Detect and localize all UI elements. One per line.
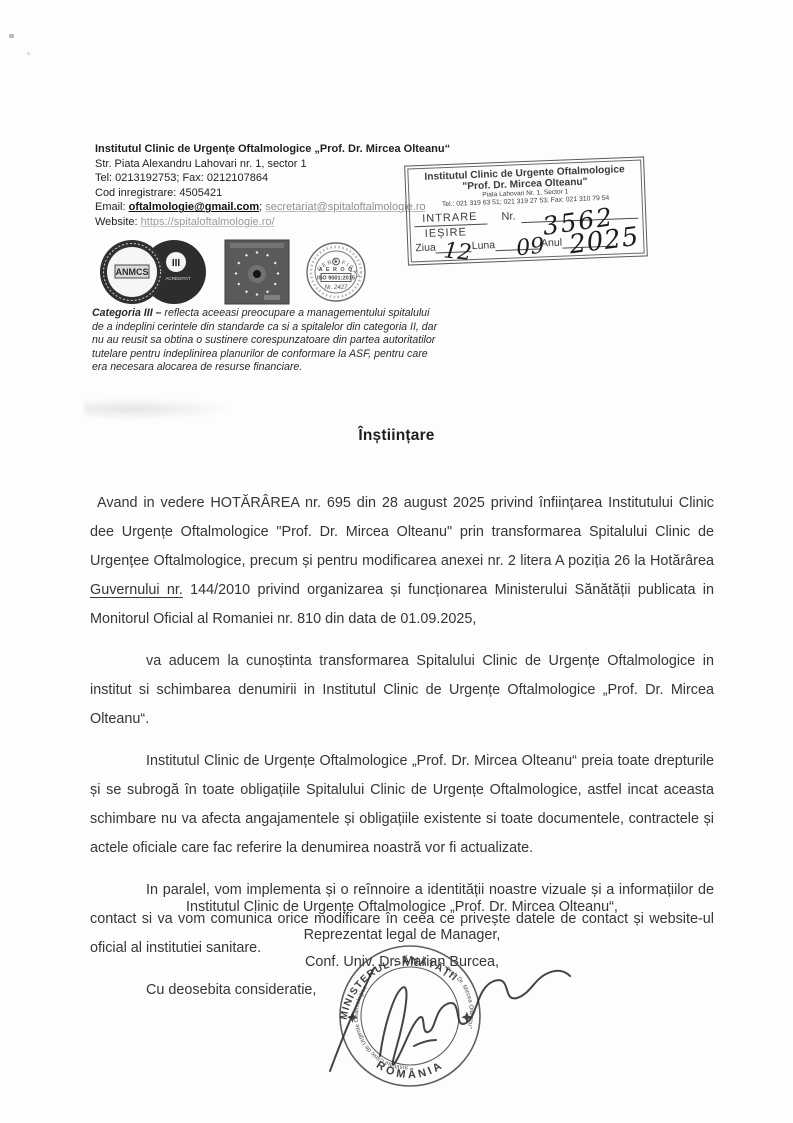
email-link-primary[interactable]: oftalmologie@gmail.com: [129, 201, 260, 213]
category-note-lead: Categoria III –: [92, 307, 161, 319]
email-label: Email:: [95, 201, 129, 213]
registry-stamp: Institutul Clinic de Urgente Oftalmologi…: [404, 156, 648, 265]
paragraph-rights-obligations: Institutul Clinic de Urgențe Oftalmologi…: [90, 747, 714, 863]
handwritten-signature-scrawl: [330, 968, 570, 1071]
ministry-round-stamp: MINISTERUL SĂNĂTĂȚII ROMÂNIA Institutul …: [318, 926, 598, 1101]
paragraph-legal-basis-text: Avand in vedere HOTĂRÂREA nr. 695 din 28…: [90, 495, 714, 569]
website-label: Website:: [95, 216, 141, 228]
scanned-letter-page: Institutul Clinic de Urgențe Oftalmologi…: [0, 0, 793, 1123]
aeroq-iso-seal: CERTIFICAT A E R O Q ISO 9001:2015 Nr. 2…: [304, 239, 368, 305]
anul-blank-line: [562, 246, 614, 249]
registry-stamp-outer-border: Institutul Clinic de Urgente Oftalmologi…: [404, 156, 648, 265]
letterhead-email-line: Email: oftalmologie@gmail.com; secretari…: [95, 200, 450, 215]
stamp-stars: [347, 1012, 473, 1023]
anmcs-category-numeral: III: [172, 258, 181, 269]
anmcs-accreditation-logo: ANMCS III ACREDITAT: [98, 238, 210, 306]
aeroq-number: Nr. 2427: [325, 285, 348, 291]
letterhead: Institutul Clinic de Urgențe Oftalmologi…: [95, 142, 450, 230]
underlined-reference: Guvernului nr.: [90, 582, 183, 598]
ziua-blank-line: [436, 251, 472, 253]
letterhead-registration-code: Cod inregistrare: 4505421: [95, 186, 450, 201]
signature-institution: Institutul Clinic de Urgențe Oftalmologi…: [90, 894, 714, 922]
letterhead-phone-fax: Tel: 0213192753; Fax: 0212107864: [95, 171, 450, 186]
luna-blank-line: [495, 248, 541, 251]
nr-label: Nr.: [501, 210, 516, 224]
paragraph-legal-basis: Avand in vedere HOTĂRÂREA nr. 695 din 28…: [90, 489, 714, 634]
email-link-secondary[interactable]: secretariat@spitaloftalmologie.ro: [265, 201, 425, 213]
round-stamp-area: MINISTERUL SĂNĂTĂȚII ROMÂNIA Institutul …: [318, 926, 598, 1106]
anmcs-acronym: ANMCS: [116, 267, 149, 277]
website-link[interactable]: https://spitaloftalmologie.ro/: [141, 216, 275, 228]
registry-stamp-inner: Institutul Clinic de Urgente Oftalmologi…: [407, 160, 644, 263]
anul-label: Anul: [541, 237, 562, 250]
scan-smudge: [84, 398, 234, 420]
luna-label: Luna: [472, 239, 496, 252]
paragraph-legal-basis-continuation: 144/2010 privind organizarea și funcțion…: [90, 582, 714, 627]
ziua-label: Ziua: [415, 241, 436, 254]
letterhead-website-line: Website: https://spitaloftalmologie.ro/: [95, 215, 450, 230]
eu-stars-emblem: [224, 239, 290, 305]
letterhead-institution-name: Institutul Clinic de Urgențe Oftalmologi…: [95, 142, 450, 157]
accreditation-logos: ANMCS III ACREDITAT: [98, 238, 368, 306]
aeroq-name: A E R O Q: [319, 267, 354, 273]
category-note: Categoria III – reflecta aceeasi preocup…: [92, 307, 444, 375]
scan-speck: [9, 34, 14, 38]
paragraph-announcement: va aducem la cunoștinta transformarea Sp…: [90, 647, 714, 734]
document-title: Înștiințare: [0, 427, 793, 445]
aeroq-iso-label: ISO 9001:2015: [317, 276, 355, 282]
scan-speck: [27, 52, 30, 55]
anmcs-acreditat-label: ACREDITAT: [165, 276, 191, 281]
letterhead-address: Str. Piata Alexandru Lahovari nr. 1, sec…: [95, 157, 450, 172]
intrare-label: INTRARE: [414, 210, 488, 227]
